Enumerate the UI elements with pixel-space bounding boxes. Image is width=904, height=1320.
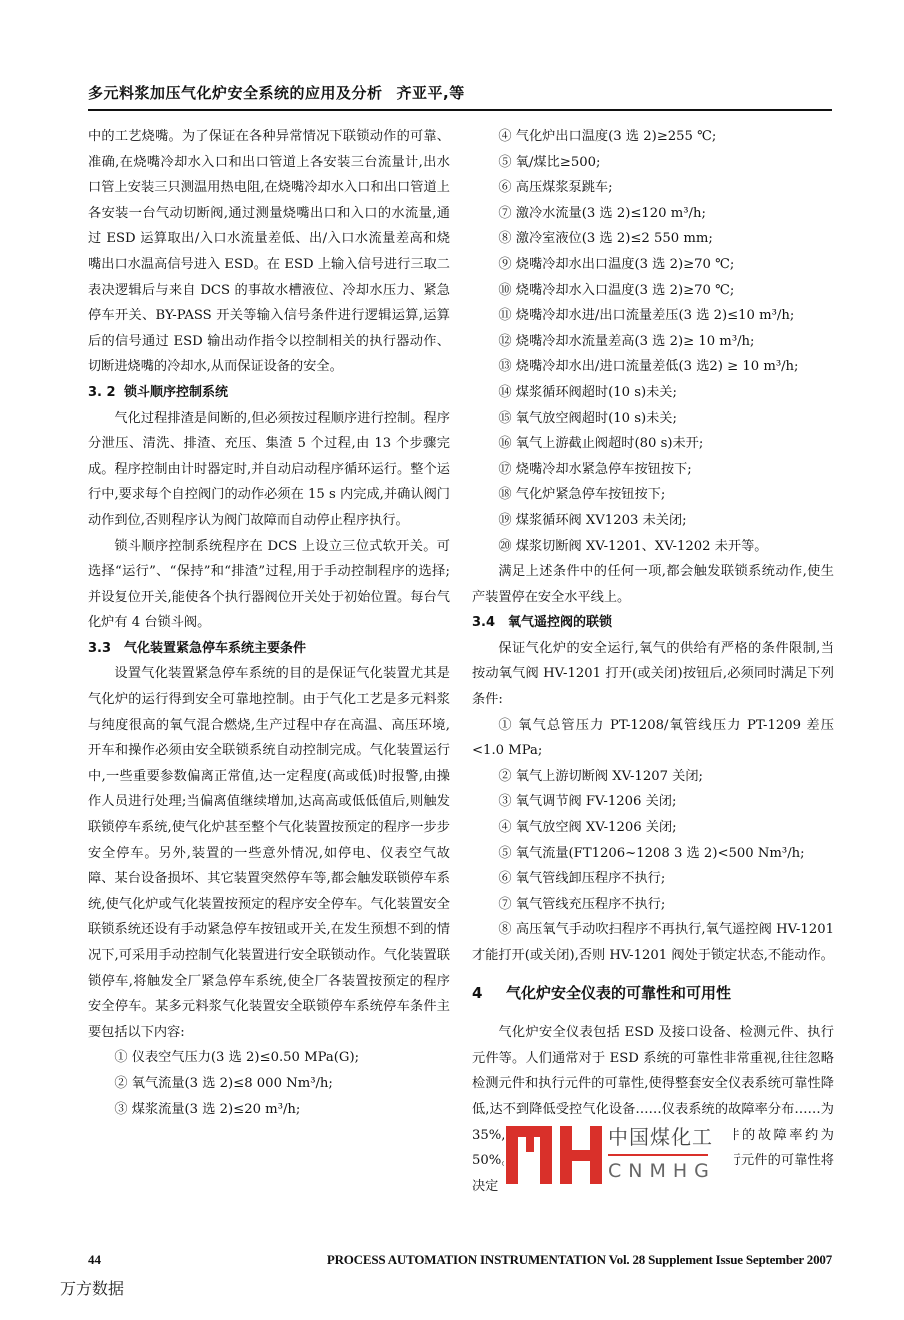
paragraph: 气化过程排渣是间断的,但必须按过程顺序进行控制。程序分泄压、清洗、排渣、充压、集… <box>88 406 450 534</box>
header-rule <box>88 109 832 111</box>
paragraph: 保证气化炉的安全运行,氧气的供给有严格的条件限制,当按动氧气阀 HV-1201 … <box>472 636 834 713</box>
list-item: ④ 气化炉出口温度(3 选 2)≥255 ℃; <box>472 124 834 150</box>
list-item: ⑪ 烧嘴冷却水进/出口流量差压(3 选 2)≤10 m³/h; <box>472 303 834 329</box>
header-title: 多元料浆加压气化炉安全系统的应用及分析 <box>88 84 383 102</box>
journal-info: PROCESS AUTOMATION INSTRUMENTATION Vol. … <box>327 1252 832 1268</box>
list-item: ⑫ 烧嘴冷却水流量差高(3 选 2)≥ 10 m³/h; <box>472 329 834 355</box>
left-column: 中的工艺烧嘴。为了保证在各种异常情况下联锁动作的可靠、准确,在烧嘴冷却水入口和出… <box>88 124 450 1122</box>
list-item: ⑱ 气化炉紧急停车按钮按下; <box>472 482 834 508</box>
list-item: ③ 煤浆流量(3 选 2)≤20 m³/h; <box>88 1097 450 1123</box>
section-heading-4: 4气化炉安全仪表的可靠性和可用性 <box>472 981 834 1007</box>
list-item: ② 氧气上游切断阀 XV-1207 关闭; <box>472 764 834 790</box>
section-heading-3-3: 3.3气化装置紧急停车系统主要条件 <box>88 636 450 662</box>
list-item: ⑤ 氧/煤比≥500; <box>472 150 834 176</box>
paragraph: 满足上述条件中的任何一项,都会触发联锁系统动作,使生产装置停在安全水平线上。 <box>472 559 834 610</box>
list-item: ⑥ 氧气管线卸压程序不执行; <box>472 866 834 892</box>
list-item: ④ 氧气放空阀 XV-1206 关闭; <box>472 815 834 841</box>
list-item: ⑥ 高压煤浆泵跳车; <box>472 175 834 201</box>
list-item: ① 氧气总管压力 PT-1208/氧管线压力 PT-1209 差压<1.0 MP… <box>472 713 834 764</box>
list-item: ⑧ 激冷室液位(3 选 2)≤2 550 mm; <box>472 226 834 252</box>
source-watermark: 万方数据 <box>60 1276 124 1299</box>
list-item: ⑯ 氧气上游截止阀超时(80 s)未开; <box>472 431 834 457</box>
paragraph: 设置气化装置紧急停车系统的目的是保证气化装置尤其是气化炉的运行得到安全可靠地控制… <box>88 661 450 1045</box>
list-item: ⑨ 烧嘴冷却水出口温度(3 选 2)≥70 ℃; <box>472 252 834 278</box>
mh-logo-icon <box>504 1124 604 1186</box>
list-item: ① 仪表空气压力(3 选 2)≤0.50 MPa(G); <box>88 1045 450 1071</box>
list-item: ⑬ 烧嘴冷却水出/进口流量差低(3 选2) ≥ 10 m³/h; <box>472 354 834 380</box>
paragraph: 锁斗顺序控制系统程序在 DCS 上设立三位式软开关。可选择“运行”、“保持”和“… <box>88 534 450 636</box>
right-column: ④ 气化炉出口温度(3 选 2)≥255 ℃; ⑤ 氧/煤比≥500; ⑥ 高压… <box>472 124 834 1199</box>
page-number: 44 <box>88 1252 101 1268</box>
logo-underline <box>608 1154 708 1156</box>
list-item: ⑲ 煤浆循环阀 XV1203 未关闭; <box>472 508 834 534</box>
list-item: ⑦ 氧气管线充压程序不执行; <box>472 892 834 918</box>
list-item: ③ 氧气调节阀 FV-1206 关闭; <box>472 789 834 815</box>
list-item: ⑩ 烧嘴冷却水入口温度(3 选 2)≥70 ℃; <box>472 278 834 304</box>
logo-en-text: CNMHG <box>608 1158 716 1184</box>
logo-cn-text: 中国煤化工 <box>608 1124 713 1150</box>
list-item: ⑭ 煤浆循环阀超时(10 s)未关; <box>472 380 834 406</box>
list-item: ② 氧气流量(3 选 2)≤8 000 Nm³/h; <box>88 1071 450 1097</box>
list-item: ⑦ 激冷水流量(3 选 2)≤120 m³/h; <box>472 201 834 227</box>
section-heading-3-4: 3.4氧气遥控阀的联锁 <box>472 610 834 636</box>
header-author: 齐亚平,等 <box>397 84 465 102</box>
list-item: ⑰ 烧嘴冷却水紧急停车按钮按下; <box>472 457 834 483</box>
list-item: ⑮ 氧气放空阀超时(10 s)未关; <box>472 406 834 432</box>
list-item: ⑤ 氧气流量(FT1206~1208 3 选 2)<500 Nm³/h; <box>472 841 834 867</box>
cnmhg-watermark-logo: 中国煤化工 CNMHG <box>504 1124 734 1188</box>
list-item: ⑧ 高压氧气手动吹扫程序不再执行,氧气遥控阀 HV-1201 才能打开(或关闭)… <box>472 917 834 968</box>
section-heading-3-2: 3. 2锁斗顺序控制系统 <box>88 380 450 406</box>
list-item: ⑳ 煤浆切断阀 XV-1201、XV-1202 未开等。 <box>472 534 834 560</box>
running-header: 多元料浆加压气化炉安全系统的应用及分析齐亚平,等 <box>88 82 832 103</box>
paragraph: 中的工艺烧嘴。为了保证在各种异常情况下联锁动作的可靠、准确,在烧嘴冷却水入口和出… <box>88 124 450 380</box>
